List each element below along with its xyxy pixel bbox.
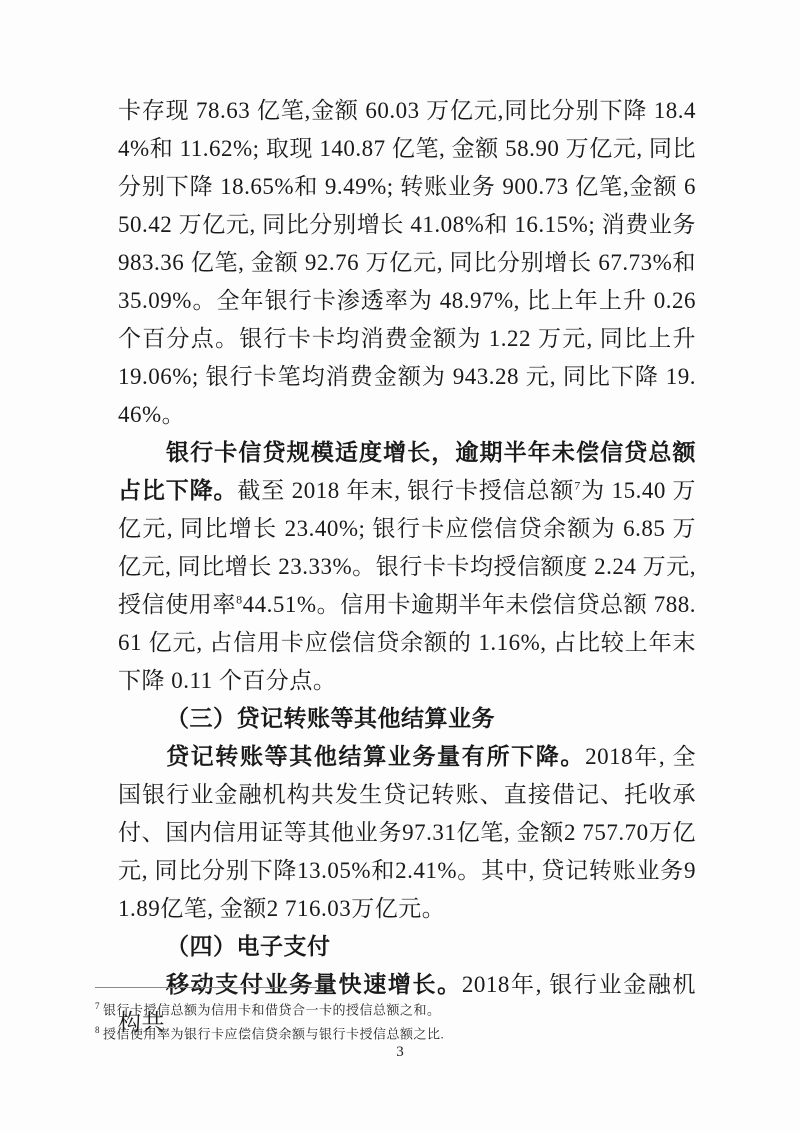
bold-lead-credit-transfer: 贷记转账等其他结算业务量有所下降。 bbox=[166, 744, 585, 769]
footnote-7-text: 银行卡授信总额为信用卡和借贷合一卡的授信总额之和。 bbox=[103, 1002, 441, 1017]
page-number: 3 bbox=[0, 1044, 800, 1061]
paragraph-credit-transfer: 贷记转账等其他结算业务量有所下降。2018年, 全国银行业金融机构共发生贷记转账… bbox=[118, 738, 696, 928]
section-heading-credit-transfer: （三）贷记转账等其他结算业务 bbox=[118, 700, 696, 738]
document-page: 卡存现 78.63 亿笔,金额 60.03 万亿元,同比分别下降 18.44%和… bbox=[0, 0, 800, 1131]
footnote-8-marker: 8 bbox=[95, 1025, 100, 1035]
section-heading-epayment: （四）电子支付 bbox=[118, 928, 696, 966]
footnote-separator bbox=[95, 987, 317, 988]
footnote-7: 7银行卡授信总额为信用卡和借贷合一卡的授信总额之和。 bbox=[95, 996, 705, 1020]
footnote-area: 7银行卡授信总额为信用卡和借贷合一卡的授信总额之和。 8授信使用率为银行卡应偿信… bbox=[95, 987, 705, 1045]
footnote-8-text: 授信使用率为银行卡应偿信贷余额与银行卡授信总额之比. bbox=[103, 1027, 444, 1042]
text-segment: 截至 2018 年末, 银行卡授信总额 bbox=[237, 478, 574, 503]
paragraph-bankcard-credit: 银行卡信贷规模适度增长，逾期半年未偿信贷总额占比下降。截至 2018 年末, 银… bbox=[118, 434, 696, 700]
text-segment: 2018年, 全国银行业金融机构共发生贷记转账、直接借记、托收承付、国内信用证等… bbox=[118, 744, 696, 921]
footnote-7-marker: 7 bbox=[95, 1001, 100, 1011]
document-body: 卡存现 78.63 亿笔,金额 60.03 万亿元,同比分别下降 18.44%和… bbox=[118, 92, 696, 1042]
paragraph-bankcard-business: 卡存现 78.63 亿笔,金额 60.03 万亿元,同比分别下降 18.44%和… bbox=[118, 92, 696, 434]
footnote-8: 8授信使用率为银行卡应偿信贷余额与银行卡授信总额之比. bbox=[95, 1020, 705, 1044]
